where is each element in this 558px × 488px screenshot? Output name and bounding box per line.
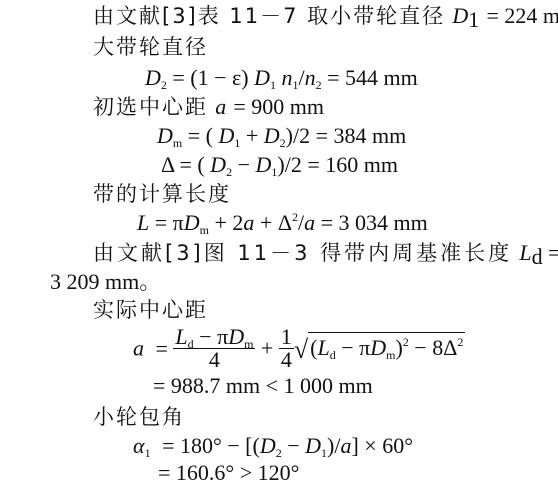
- center-distance-label: 初选中心距: [93, 95, 208, 119]
- n2-sub: 2: [316, 78, 322, 92]
- d2-var: D: [264, 123, 280, 148]
- a-eq: =: [156, 336, 168, 361]
- ld-sub: d: [532, 244, 543, 269]
- d1-var: D: [255, 152, 271, 177]
- quarter-fraction: 1 4: [279, 326, 294, 371]
- d2-expr: = (1 − ε): [172, 65, 248, 90]
- dm-open: = (: [188, 123, 213, 148]
- quarter-num: 1: [279, 326, 294, 348]
- a-value: = 900 mm: [233, 94, 324, 119]
- ld-var: L: [317, 335, 329, 360]
- d1-subscript: 1: [468, 7, 479, 32]
- d1-var: D: [218, 123, 234, 148]
- dm-var: D: [370, 335, 386, 360]
- n1-var: n: [282, 65, 293, 90]
- minus-pi: − π: [194, 324, 229, 349]
- dm-formula: Dm = ( D1 + D2)/2 = 384 mm: [157, 124, 406, 148]
- plus-2: + 2: [209, 210, 243, 235]
- d2-result: = 544 mm: [327, 65, 418, 90]
- dm-sub: m: [244, 337, 253, 351]
- alpha-tail: ] × 60°: [351, 433, 413, 458]
- l-formula: L = πDm + 2a + Δ2/a = 3 034 mm: [137, 211, 428, 235]
- l-eq: = π: [149, 210, 184, 235]
- minus-8-delta: − 8Δ: [409, 335, 458, 360]
- small-pulley-text: 由文献[3]表 11－7 取小带轮直径: [93, 4, 445, 28]
- d1-sub: 1: [270, 78, 276, 92]
- alpha-sub: 1: [145, 446, 151, 460]
- a-var: a: [215, 94, 226, 119]
- dm-var: D: [157, 123, 173, 148]
- small-pulley-line: 由文献[3]表 11－7 取小带轮直径 D1 = 224 mm: [93, 4, 558, 28]
- a-formula: a = Ld − πDm 4 + 1 4 √(Ld − πDm)2 − 8Δ2: [133, 326, 465, 371]
- l-var: L: [137, 210, 149, 235]
- ld-line: 由文献[3]图 11－3 得带内周基准长度 Ld =: [93, 241, 558, 265]
- d1-var: D: [254, 65, 270, 90]
- delta-formula: Δ = ( D2 − D1)/2 = 160 mm: [161, 153, 398, 177]
- quarter-den: 4: [279, 348, 294, 371]
- square-root: √(Ld − πDm)2 − 8Δ2: [294, 337, 466, 361]
- dm-sub: m: [200, 223, 209, 237]
- delta-open: = (: [179, 152, 204, 177]
- d2-sub: 2: [161, 78, 167, 92]
- a-var: a: [340, 433, 351, 458]
- numerator: Ld − πDm: [173, 326, 255, 348]
- minus: −: [282, 433, 305, 458]
- l-result: = 3 034 mm: [315, 210, 428, 235]
- radical-sign-icon: √: [294, 335, 308, 364]
- square: 2: [457, 335, 463, 349]
- fraction: Ld − πDm 4: [173, 326, 255, 371]
- actual-center-heading: 实际中心距: [93, 298, 208, 322]
- radicand: (Ld − πDm)2 − 8Δ2: [308, 332, 465, 360]
- minus: −: [232, 152, 255, 177]
- n2-var: n: [305, 65, 316, 90]
- dm-sub: m: [173, 136, 182, 150]
- ld-value: 3 209 mm。: [50, 270, 161, 294]
- alpha-result: = 160.6° > 120°: [158, 461, 299, 485]
- center-distance-initial-line: 初选中心距 a = 900 mm: [93, 95, 324, 119]
- wrap-angle-heading: 小轮包角: [93, 405, 185, 429]
- ld-var: L: [519, 240, 531, 265]
- delta-symbol: Δ: [161, 152, 174, 177]
- plus: +: [261, 336, 273, 361]
- alpha-formula: α1 = 180° − [(D2 − D1)/a] × 60°: [133, 434, 413, 458]
- paren-close: ): [395, 335, 402, 360]
- ld-eq: =: [543, 240, 558, 265]
- d2-var: D: [145, 65, 161, 90]
- dm-var: D: [184, 210, 200, 235]
- d1-value: = 224 mm: [486, 3, 558, 28]
- slash: )/: [327, 433, 340, 458]
- dm-result: )/2 = 384 mm: [286, 123, 407, 148]
- a-var: a: [243, 210, 254, 235]
- d2-formula: D2 = (1 − ε) D1 n1/n2 = 544 mm: [145, 66, 418, 90]
- alpha-expr: = 180° − [(: [162, 433, 260, 458]
- minus-pi: − π: [336, 335, 371, 360]
- d1-var: D: [305, 433, 321, 458]
- d1-variable: D: [452, 3, 468, 28]
- a-result: = 988.7 mm < 1 000 mm: [153, 374, 373, 398]
- delta-result: )/2 = 160 mm: [277, 152, 398, 177]
- large-pulley-heading: 大带轮直径: [93, 35, 208, 59]
- d2-var: D: [210, 152, 226, 177]
- ld-text: 由文献[3]图 11－3 得带内周基准长度: [93, 241, 512, 265]
- alpha-var: α: [133, 433, 145, 458]
- plus: +: [240, 123, 263, 148]
- a-var: a: [304, 210, 315, 235]
- d2-var: D: [260, 433, 276, 458]
- plus-delta: + Δ: [254, 210, 292, 235]
- ld-var: L: [175, 324, 187, 349]
- denominator: 4: [173, 348, 255, 371]
- belt-length-heading: 带的计算长度: [93, 182, 231, 206]
- a-var: a: [133, 336, 144, 361]
- dm-var: D: [228, 324, 244, 349]
